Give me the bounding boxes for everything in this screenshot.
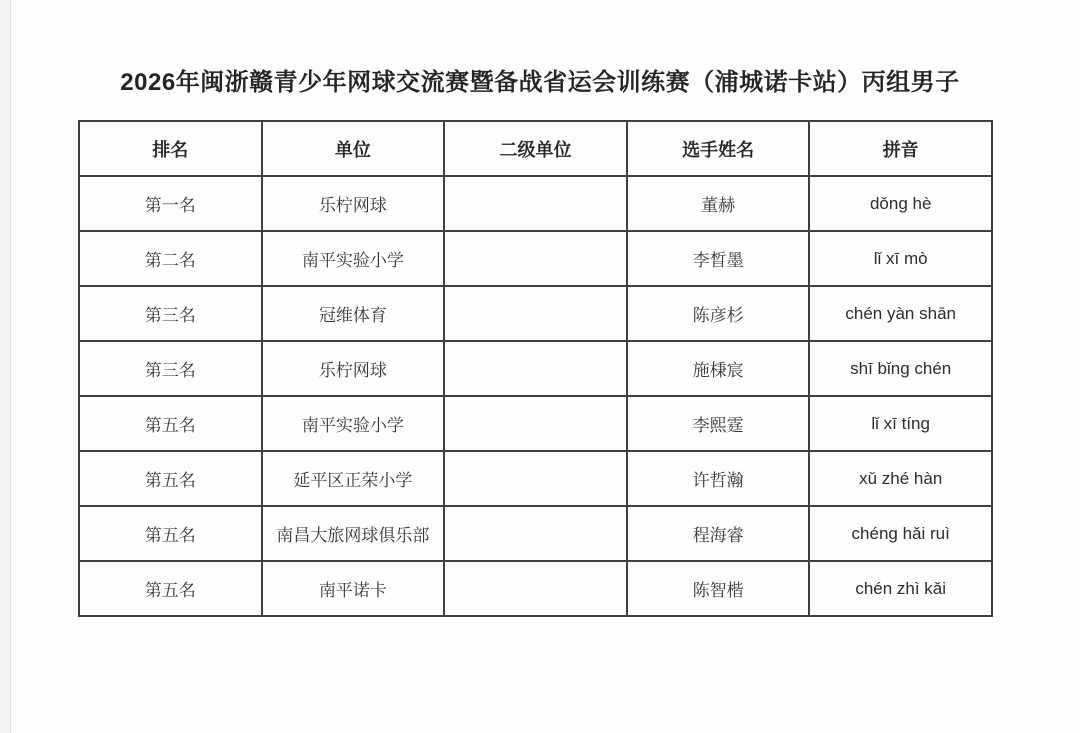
photo-left-edge xyxy=(0,0,11,733)
unit-cell: 南平诺卡 xyxy=(262,561,445,616)
name-cell: 程海睿 xyxy=(627,506,810,561)
sub-unit-cell xyxy=(444,286,627,341)
name-cell: 董赫 xyxy=(627,176,810,231)
rank-cell: 第五名 xyxy=(79,396,262,451)
table-row: 第一名 乐柠网球 董赫 dǒng hè xyxy=(79,176,992,231)
pinyin-cell: chén zhì kǎi xyxy=(809,561,992,616)
results-table-header: 排名 单位 二级单位 选手姓名 拼音 xyxy=(79,121,992,176)
table-row: 第三名 冠维体育 陈彦杉 chén yàn shān xyxy=(79,286,992,341)
unit-cell: 南昌大旅网球俱乐部 xyxy=(262,506,445,561)
unit-cell: 乐柠网球 xyxy=(262,176,445,231)
name-cell: 许哲瀚 xyxy=(627,451,810,506)
header-cell-unit: 单位 xyxy=(262,121,445,176)
rank-cell: 第三名 xyxy=(79,341,262,396)
sub-unit-cell xyxy=(444,506,627,561)
unit-cell: 南平实验小学 xyxy=(262,396,445,451)
unit-cell: 乐柠网球 xyxy=(262,341,445,396)
sub-unit-cell xyxy=(444,341,627,396)
rank-cell: 第五名 xyxy=(79,451,262,506)
header-cell-rank: 排名 xyxy=(79,121,262,176)
table-row: 第五名 延平区正荣小学 许哲瀚 xǔ zhé hàn xyxy=(79,451,992,506)
rank-cell: 第三名 xyxy=(79,286,262,341)
table-row: 第三名 乐柠网球 施棅宸 shī bǐng chén xyxy=(79,341,992,396)
pinyin-cell: xǔ zhé hàn xyxy=(809,451,992,506)
name-cell: 李晳墨 xyxy=(627,231,810,286)
header-cell-name: 选手姓名 xyxy=(627,121,810,176)
sub-unit-cell xyxy=(444,231,627,286)
header-cell-pinyin: 拼音 xyxy=(809,121,992,176)
page-title: 2026年闽浙赣青少年网球交流赛暨备战省运会训练赛（浦城诺卡站）丙组男子 xyxy=(0,62,1080,97)
results-table: 排名 单位 二级单位 选手姓名 拼音 第一名 乐柠网球 董赫 dǒng hè 第… xyxy=(78,120,993,617)
pinyin-cell: lǐ xī tíng xyxy=(809,396,992,451)
name-cell: 陈彦杉 xyxy=(627,286,810,341)
pinyin-cell: chén yàn shān xyxy=(809,286,992,341)
unit-cell: 南平实验小学 xyxy=(262,231,445,286)
table-row: 第五名 南昌大旅网球俱乐部 程海睿 chéng hǎi ruì xyxy=(79,506,992,561)
pinyin-cell: chéng hǎi ruì xyxy=(809,506,992,561)
rank-cell: 第一名 xyxy=(79,176,262,231)
rank-cell: 第二名 xyxy=(79,231,262,286)
header-row: 排名 单位 二级单位 选手姓名 拼音 xyxy=(79,121,992,176)
sub-unit-cell xyxy=(444,561,627,616)
rank-cell: 第五名 xyxy=(79,561,262,616)
sub-unit-cell xyxy=(444,176,627,231)
table-row: 第二名 南平实验小学 李晳墨 lǐ xī mò xyxy=(79,231,992,286)
header-cell-sub-unit: 二级单位 xyxy=(444,121,627,176)
results-table-body: 第一名 乐柠网球 董赫 dǒng hè 第二名 南平实验小学 李晳墨 lǐ xī… xyxy=(79,176,992,616)
unit-cell: 冠维体育 xyxy=(262,286,445,341)
pinyin-cell: lǐ xī mò xyxy=(809,231,992,286)
pinyin-cell: shī bǐng chén xyxy=(809,341,992,396)
table-row: 第五名 南平实验小学 李熙霆 lǐ xī tíng xyxy=(79,396,992,451)
rank-cell: 第五名 xyxy=(79,506,262,561)
unit-cell: 延平区正荣小学 xyxy=(262,451,445,506)
table-row: 第五名 南平诺卡 陈智楷 chén zhì kǎi xyxy=(79,561,992,616)
pinyin-cell: dǒng hè xyxy=(809,176,992,231)
sub-unit-cell xyxy=(444,451,627,506)
sub-unit-cell xyxy=(444,396,627,451)
name-cell: 李熙霆 xyxy=(627,396,810,451)
name-cell: 陈智楷 xyxy=(627,561,810,616)
name-cell: 施棅宸 xyxy=(627,341,810,396)
